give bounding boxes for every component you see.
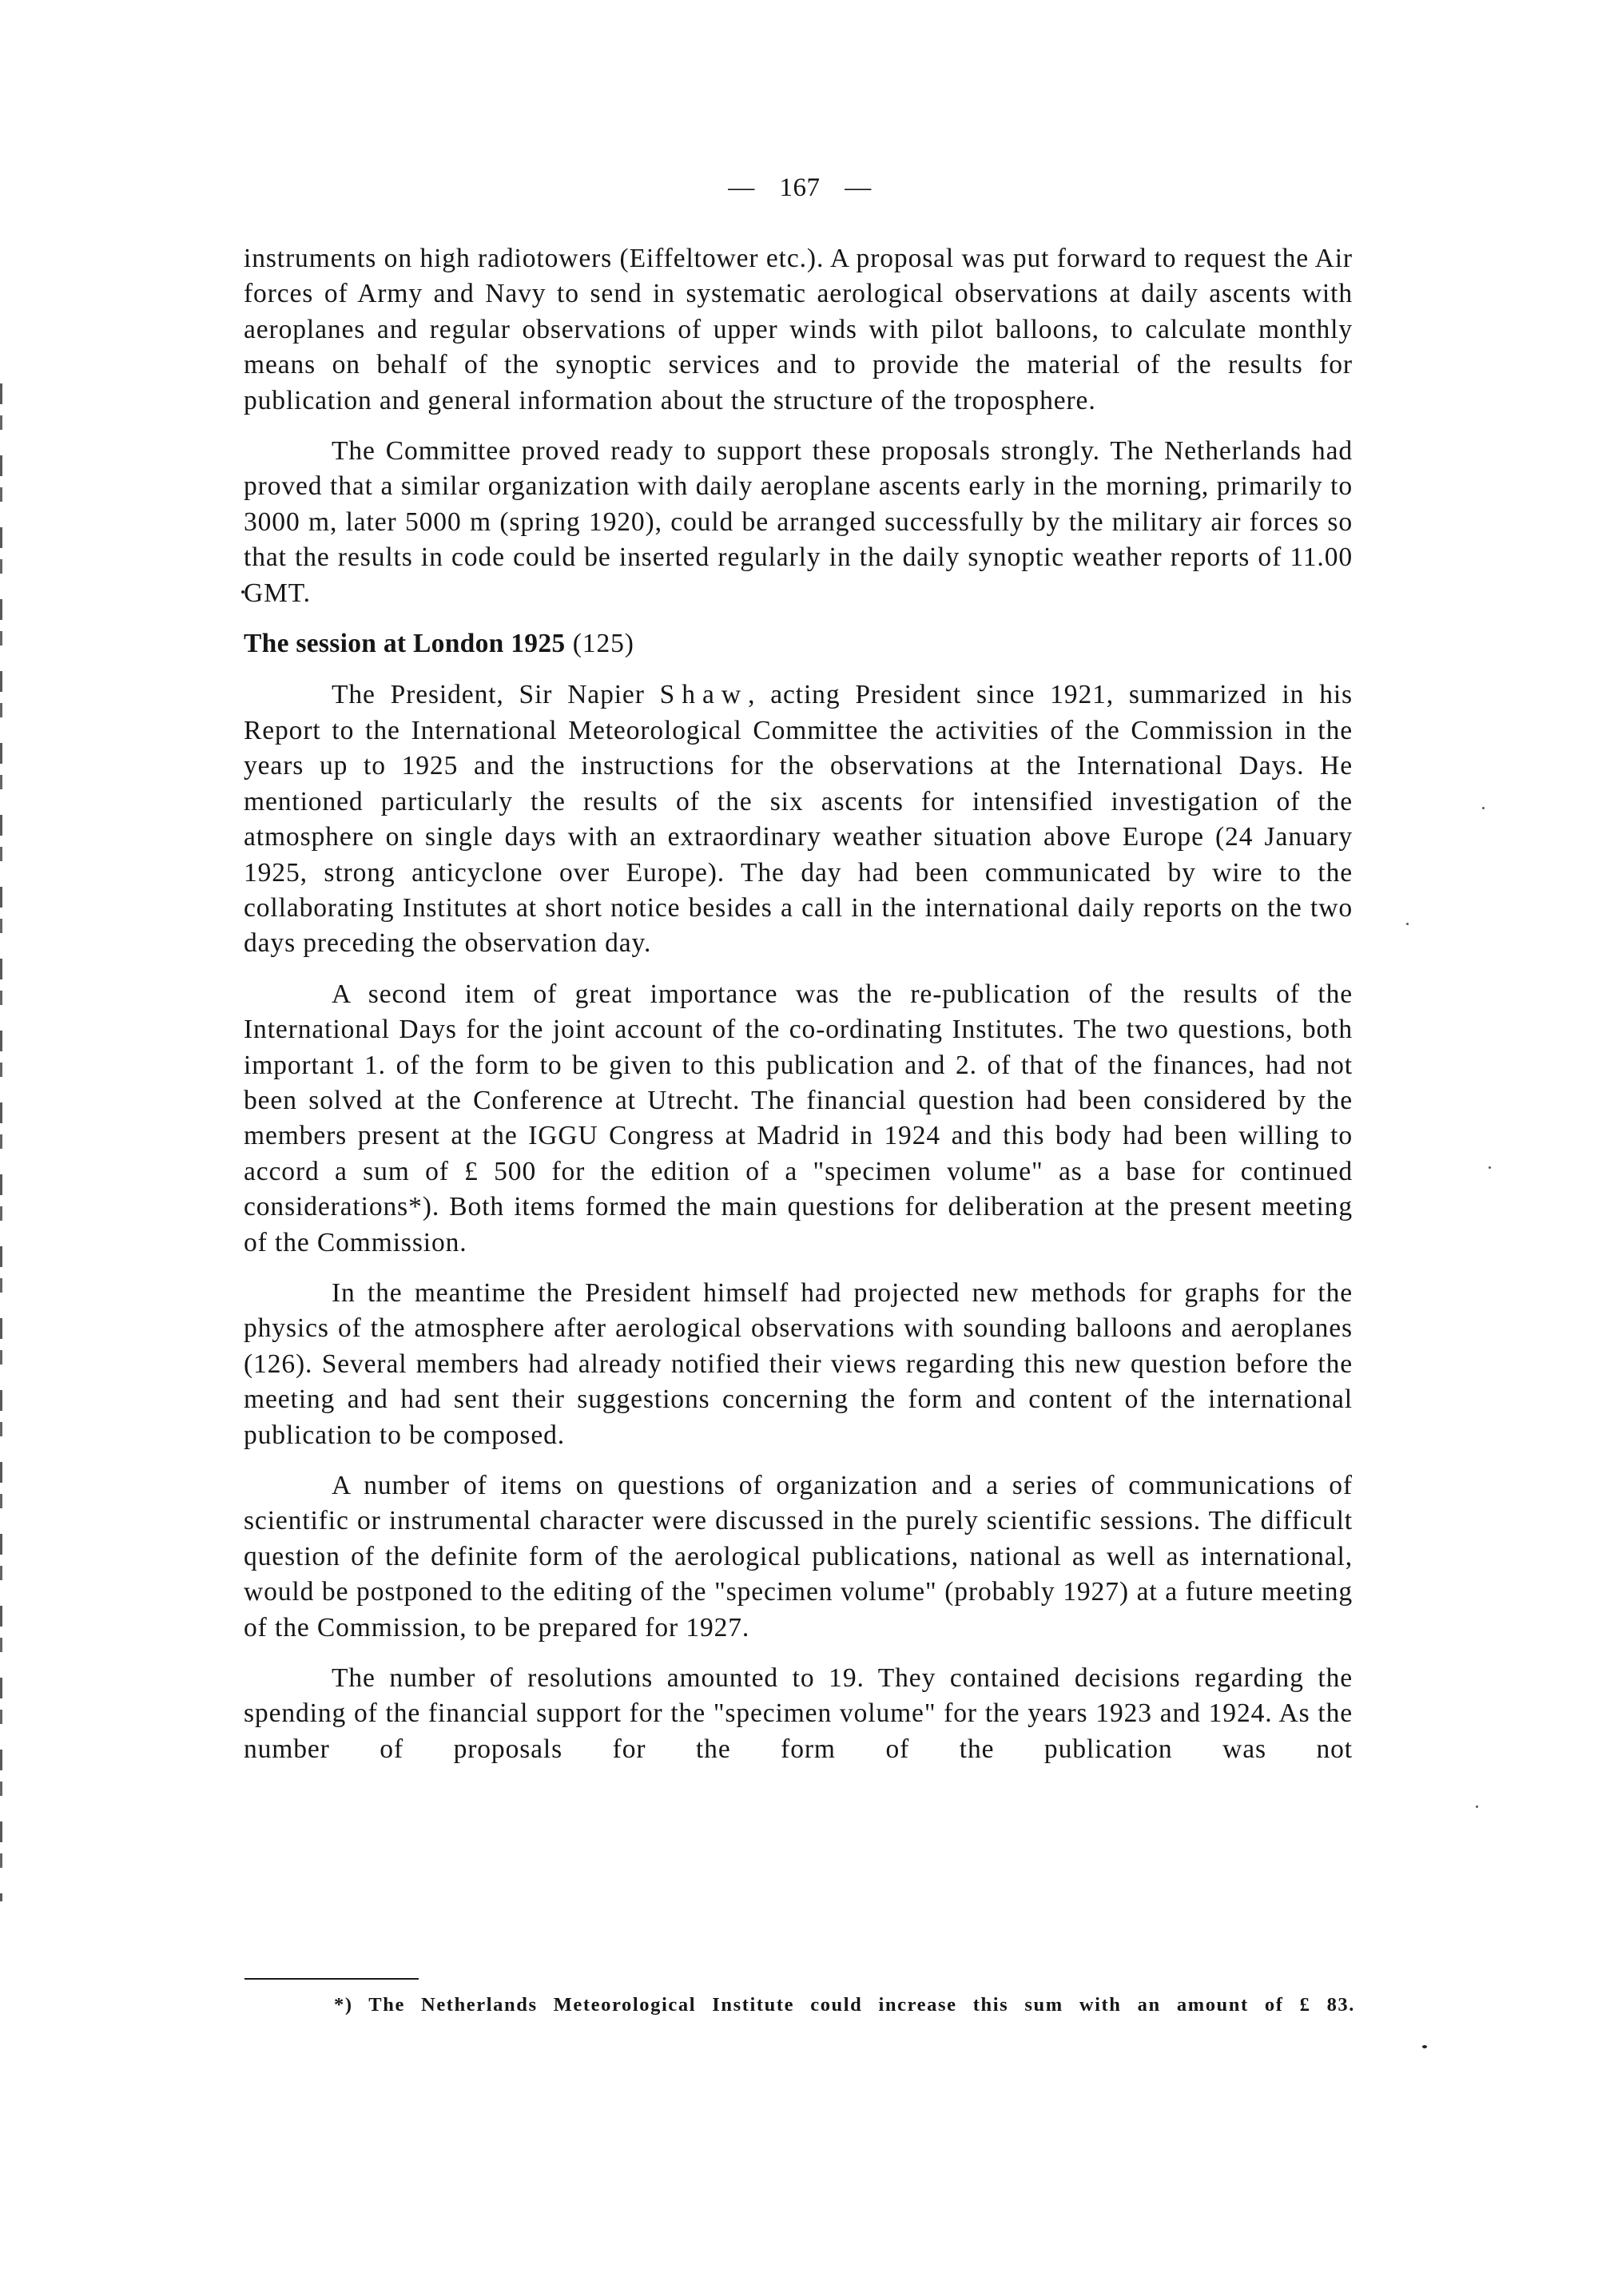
footnote: *) The Netherlands Meteorological Instit… <box>334 1992 1355 2018</box>
scan-speck <box>1406 923 1409 925</box>
scan-edge-artifact <box>0 383 2 1901</box>
section-heading: The session at London 1925 (125) <box>244 626 1353 661</box>
scan-speck <box>1476 1805 1478 1808</box>
section-heading-reference: (125) <box>573 629 634 658</box>
paragraph: The Committee proved ready to support th… <box>244 434 1353 611</box>
scan-speck <box>241 590 244 594</box>
paragraph: A second item of great importance was th… <box>244 977 1353 1261</box>
paragraph: The number of resolutions amounted to 19… <box>244 1661 1353 1767</box>
section-heading-title: The session at London 1925 <box>244 629 565 658</box>
person-name: Shaw <box>660 680 748 709</box>
footnote-divider <box>244 1978 419 1980</box>
scan-speck <box>1422 2045 1427 2048</box>
paragraph: The President, Sir Napier Shaw, acting P… <box>244 677 1353 961</box>
document-body: instruments on high radiotowers (Eiffelt… <box>244 241 1353 1782</box>
paragraph: In the meantime the President himself ha… <box>244 1276 1353 1453</box>
paragraph-text: , acting President since 1921, summarize… <box>244 680 1353 958</box>
page-number: — 167 — <box>723 170 877 205</box>
paragraph-text: The President, Sir Napier <box>332 680 660 709</box>
paragraph: instruments on high radiotowers (Eiffelt… <box>244 241 1353 419</box>
scan-speck <box>1482 807 1485 809</box>
paragraph: A number of items on questions of organi… <box>244 1468 1353 1646</box>
scan-speck <box>1489 1166 1491 1169</box>
